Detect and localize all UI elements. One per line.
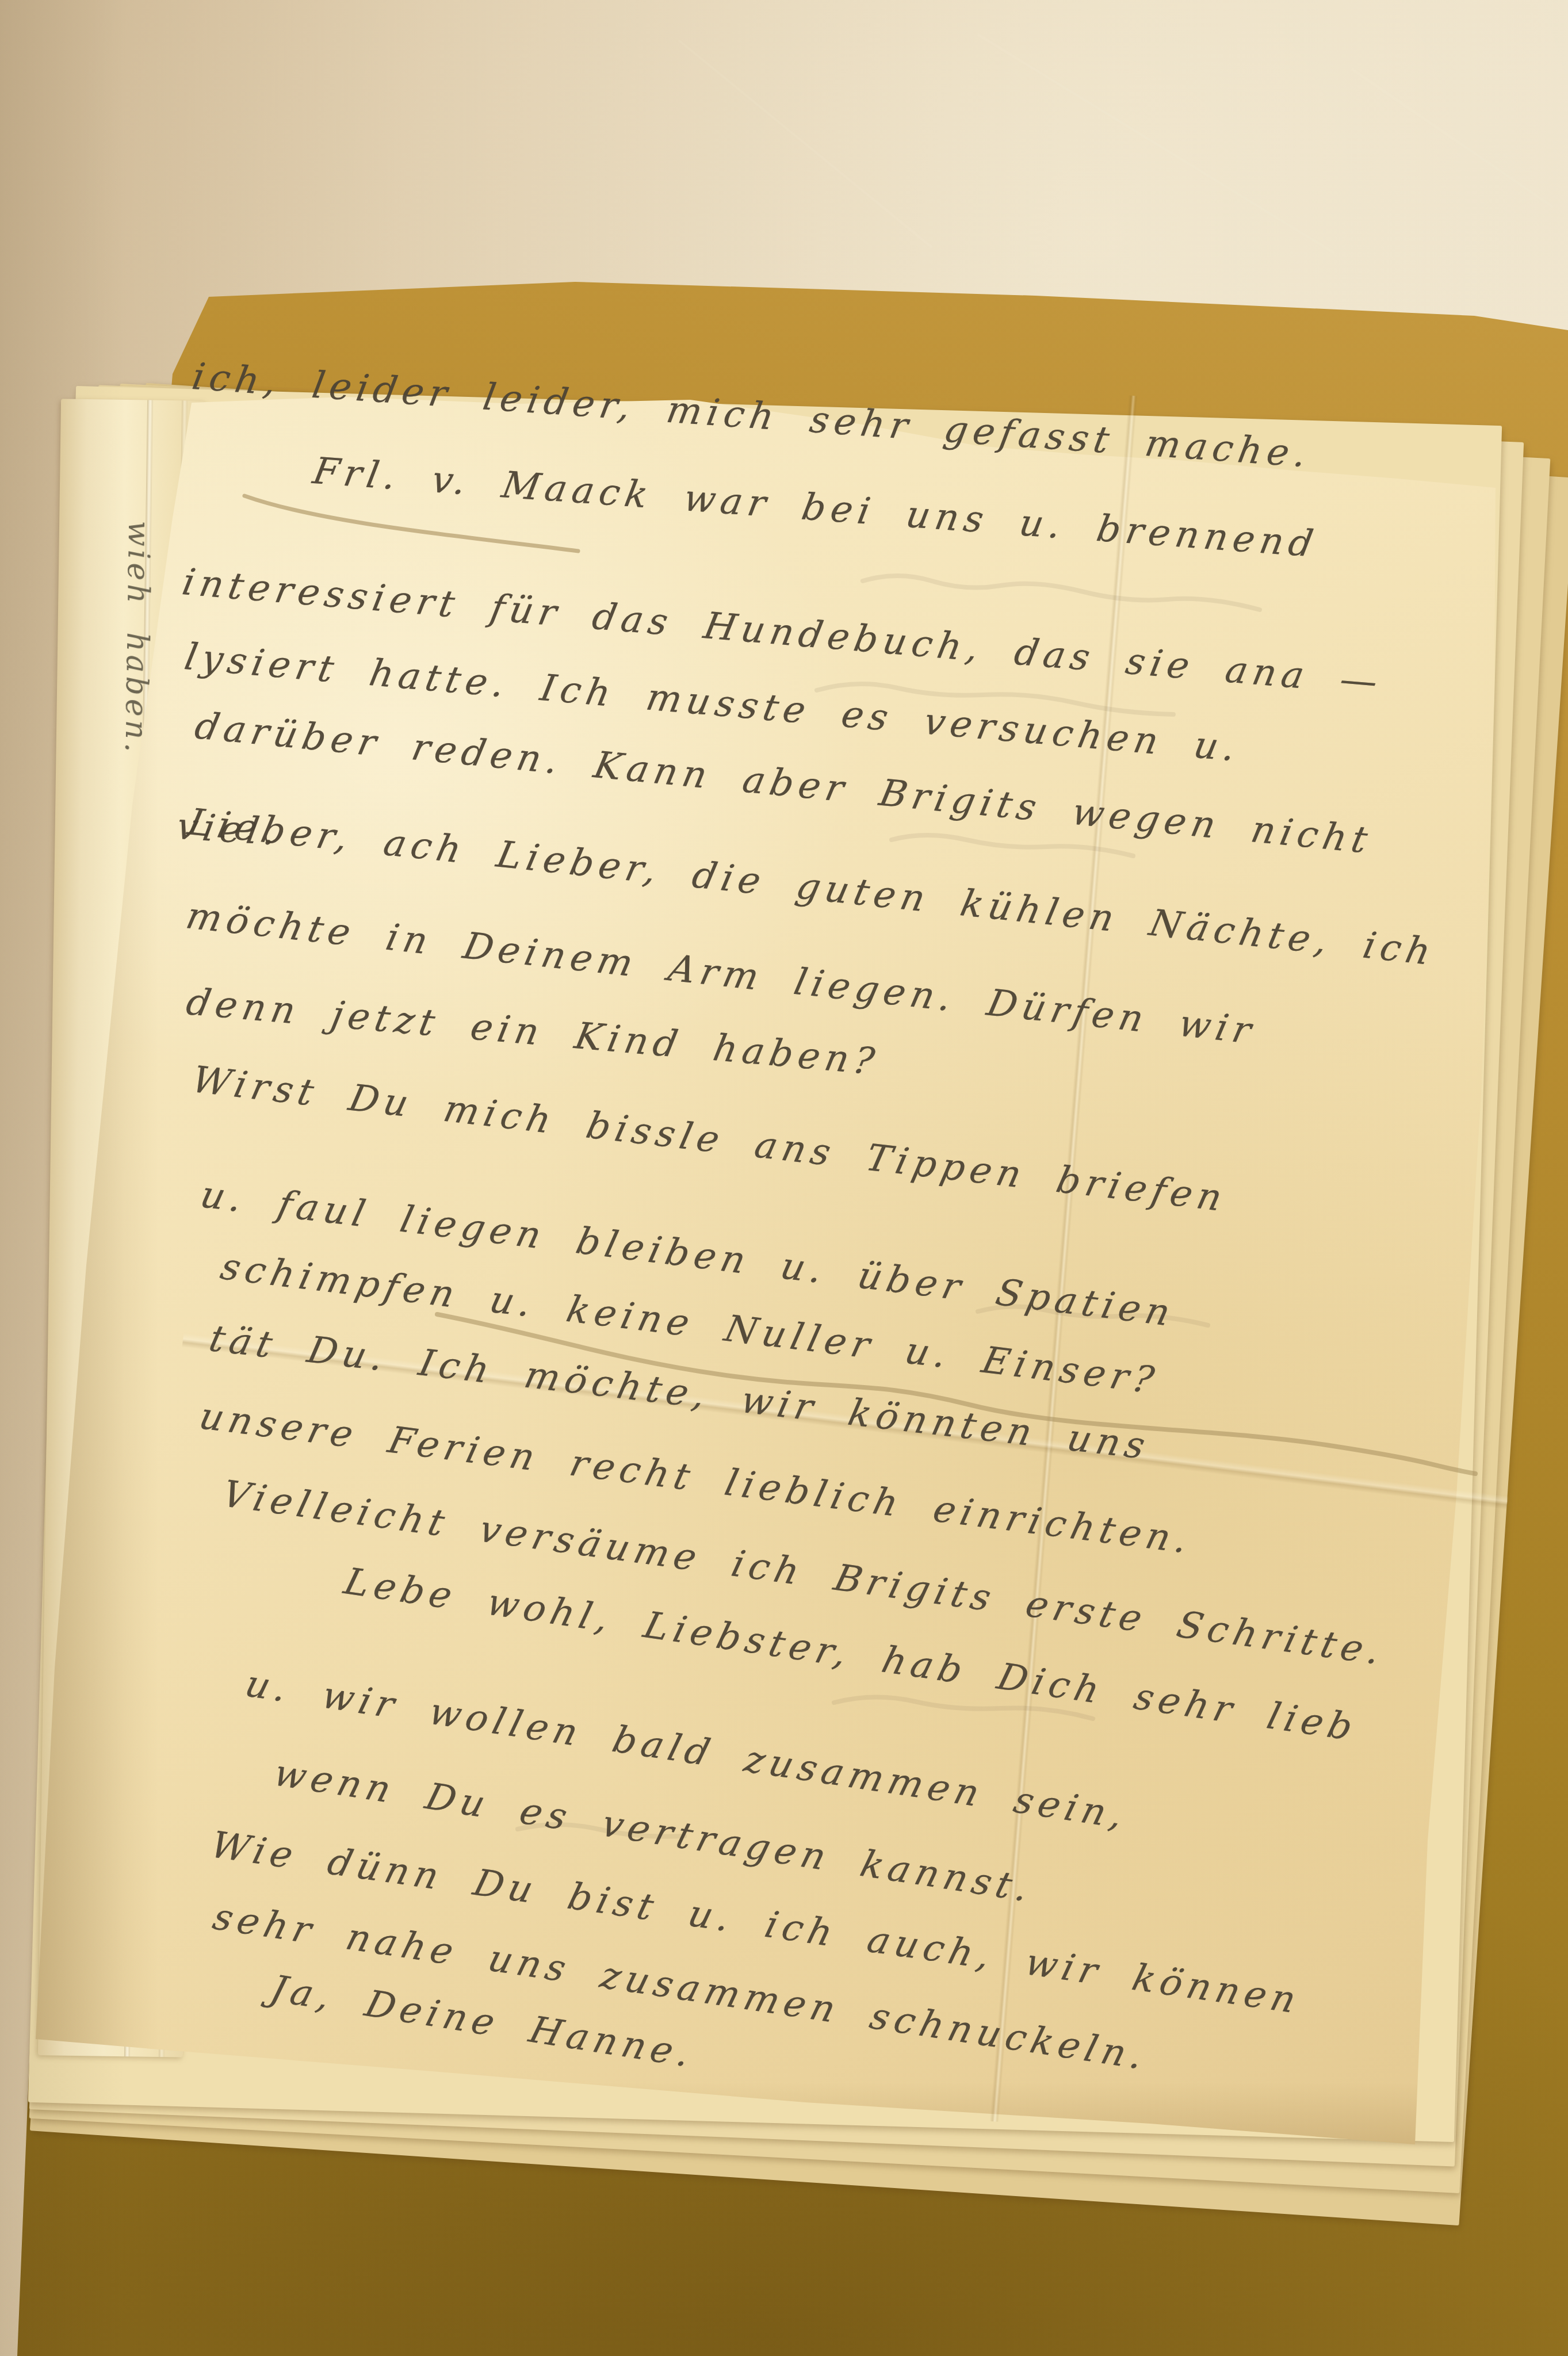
photo-scene: wieh haben. Hin sehr ver… ich, le: [0, 0, 1568, 2356]
